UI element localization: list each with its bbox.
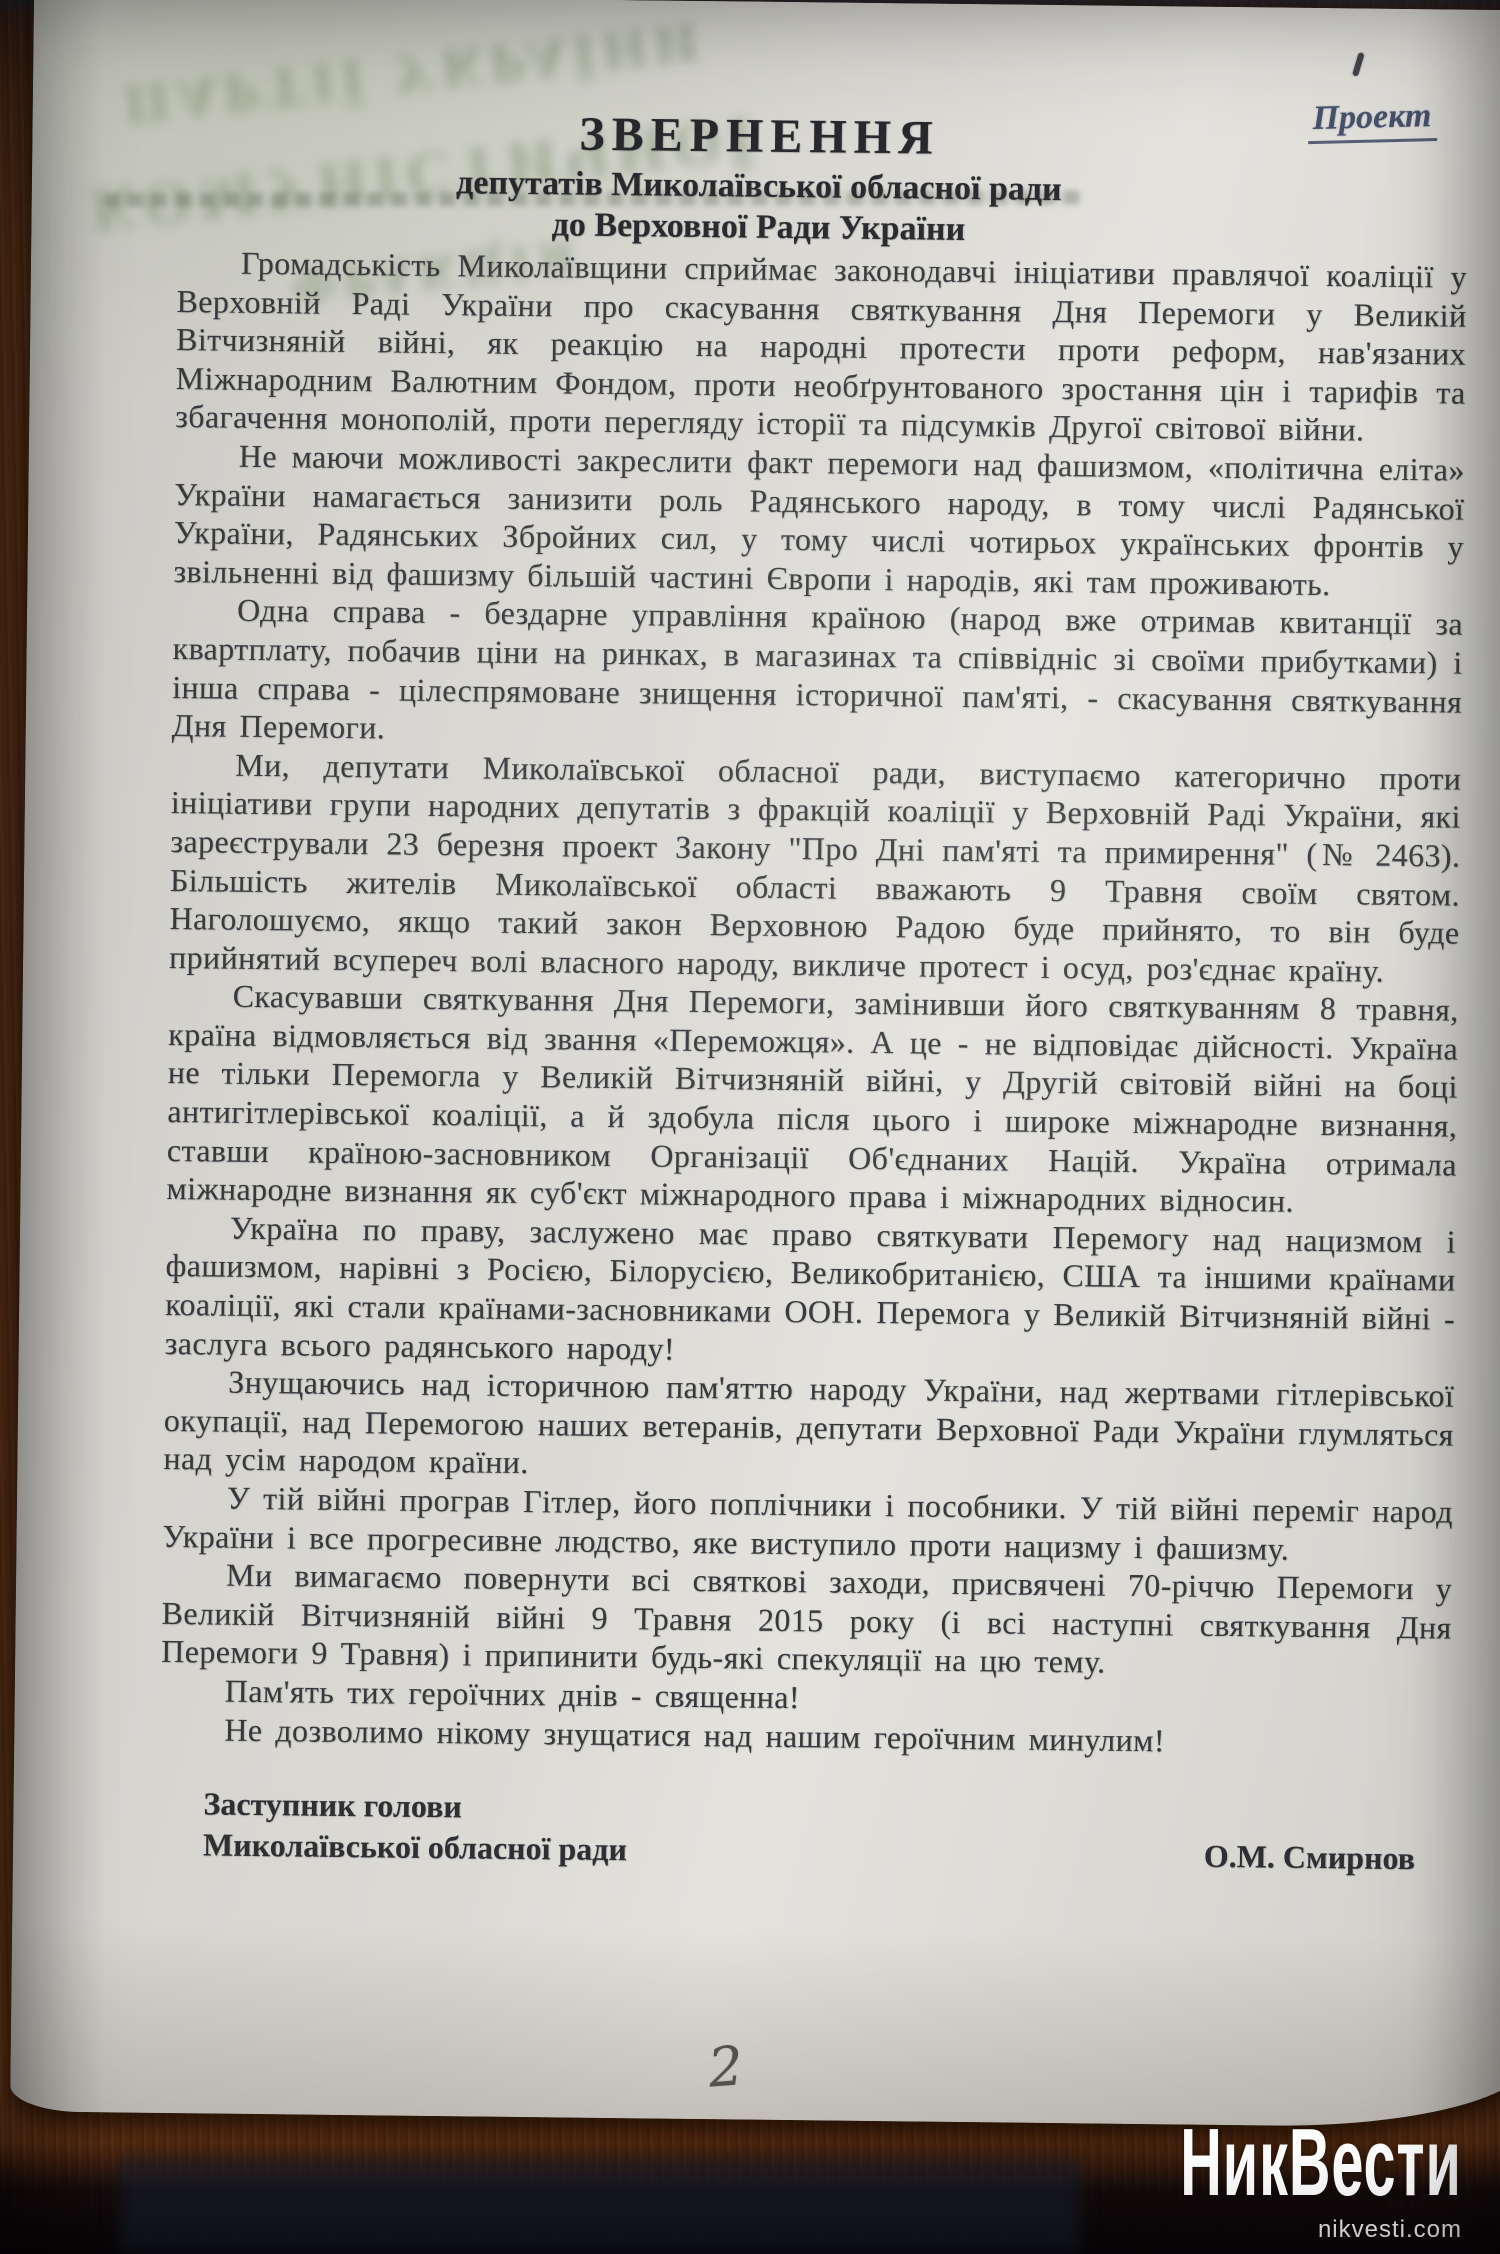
- paragraph: Знущаючись над історичною пам'яттю народ…: [163, 1362, 1454, 1492]
- paragraph: Ми вимагаємо повернути всі святкові захо…: [161, 1555, 1452, 1685]
- paragraph: Одна справа - бездарне управління країно…: [172, 590, 1464, 759]
- paragraph: Україна по праву, заслужено має право св…: [165, 1208, 1457, 1377]
- paragraph: Не маючи можливості закреслити факт пере…: [173, 436, 1465, 605]
- signature-role-line1: Заступник голови: [203, 1783, 627, 1829]
- signature-name: О.М. Смирнов: [1204, 1836, 1416, 1879]
- document-body: Громадськість Миколаївщини сприймає зако…: [160, 243, 1467, 1763]
- paragraph: Громадськість Миколаївщини сприймає зако…: [175, 243, 1467, 451]
- signature-role-line2: Миколаївської обласної ради: [203, 1824, 627, 1870]
- nikvesti-domain: nikvesti.com: [1149, 2216, 1462, 2244]
- document-header: ЗВЕРНЕННЯ депутатів Миколаївської обласн…: [31, 103, 1486, 255]
- signature-block: Заступник голови Миколаївської обласної …: [203, 1783, 1416, 1879]
- paragraph: Скасувавши святкування Дня Перемоги, зам…: [166, 976, 1459, 1222]
- page-number: 2: [706, 2034, 745, 2099]
- paragraph: Ми, депутати Миколаївської обласної ради…: [169, 745, 1462, 991]
- signature-role: Заступник голови Миколаївської обласної …: [203, 1783, 628, 1870]
- pen-tick-mark: [1352, 52, 1365, 77]
- paragraph: У тій війні програв Гітлер, його поплічн…: [162, 1478, 1453, 1570]
- document-photo-scene: ФРАКЦІЯ КОМУНІСТИЧНОЇ ПАРТІЇ УКРАЇНИ Про…: [0, 0, 1500, 2254]
- nikvesti-watermark: НикВести nikvesti.com: [1149, 2136, 1462, 2244]
- document-page: ФРАКЦІЯ КОМУНІСТИЧНОЇ ПАРТІЇ УКРАЇНИ Про…: [10, 0, 1500, 2128]
- dark-floor-area: [120, 2158, 1080, 2254]
- nikvesti-logo: НикВести: [1180, 2106, 1462, 2217]
